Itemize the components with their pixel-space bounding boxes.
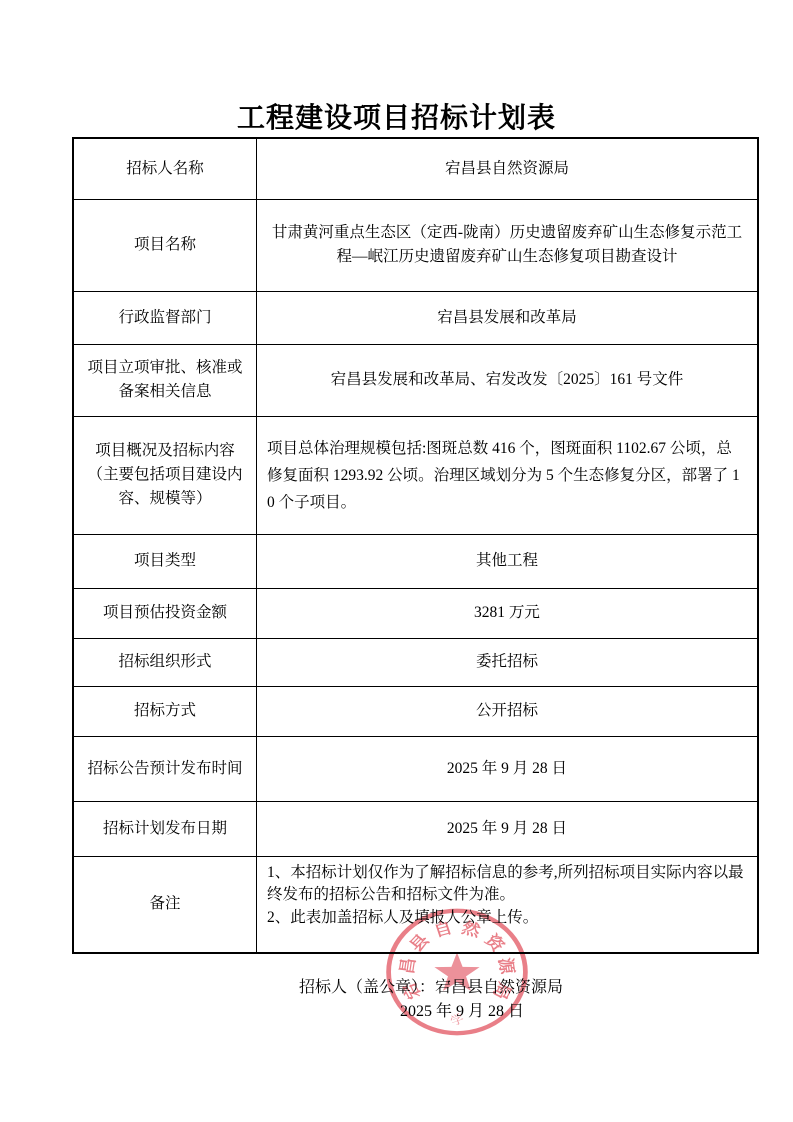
table-row: 项目名称 甘肃黄河重点生态区（定西-陇南）历史遗留废弃矿山生态修复示范工程—岷江…: [73, 199, 758, 291]
row-label: 行政监督部门: [73, 291, 257, 344]
row-label: 招标计划发布日期: [73, 801, 257, 856]
row-value: 3281 万元: [257, 588, 759, 638]
row-label: 项目立项审批、核准或备案相关信息: [73, 344, 257, 416]
row-value: 2025 年 9 月 28 日: [257, 736, 759, 801]
table-row: 招标人名称 宕昌县自然资源局: [73, 138, 758, 199]
row-value: 宕昌县发展和改革局: [257, 291, 759, 344]
row-value: 其他工程: [257, 534, 759, 588]
table-row: 招标方式 公开招标: [73, 686, 758, 736]
row-label: 项目名称: [73, 199, 257, 291]
table-row: 招标组织形式 委托招标: [73, 638, 758, 686]
table-row: 项目立项审批、核准或备案相关信息 宕昌县发展和改革局、宕发改发〔2025〕161…: [73, 344, 758, 416]
signature-date-line: 2025 年 9 月 28 日: [400, 998, 524, 1021]
table-row: 招标公告预计发布时间 2025 年 9 月 28 日: [73, 736, 758, 801]
signer-line: 招标人（盖公章）：宕昌县自然资源局: [299, 974, 563, 997]
row-label: 招标方式: [73, 686, 257, 736]
row-label: 招标组织形式: [73, 638, 257, 686]
table-row: 项目类型 其他工程: [73, 534, 758, 588]
bidding-plan-table: 招标人名称 宕昌县自然资源局 项目名称 甘肃黄河重点生态区（定西-陇南）历史遗留…: [72, 137, 759, 954]
table-row: 备注 1、本招标计划仅作为了解招标信息的参考,所列招标项目实际内容以最终发布的招…: [73, 856, 758, 953]
remark-line: 1、本招标计划仅作为了解招标信息的参考,所列招标项目实际内容以最终发布的招标公告…: [267, 862, 747, 907]
row-label: 项目预估投资金额: [73, 588, 257, 638]
seal-ring-char: 昌: [397, 957, 419, 975]
row-value: 2025 年 9 月 28 日: [257, 801, 759, 856]
document-page: 工程建设项目招标计划表 招标人名称 宕昌县自然资源局 项目名称 甘肃黄河重点生态…: [0, 0, 793, 1122]
document-title: 工程建设项目招标计划表: [0, 96, 793, 136]
remark-line: 2、此表加盖招标人及填报人公章上传。: [267, 907, 747, 930]
table-row: 项目概况及招标内容（主要包括项目建设内容、规模等） 项目总体治理规模包括:图斑总…: [73, 416, 758, 534]
row-value: 委托招标: [257, 638, 759, 686]
row-value: 宕昌县发展和改革局、宕发改发〔2025〕161 号文件: [257, 344, 759, 416]
row-value: 1、本招标计划仅作为了解招标信息的参考,所列招标项目实际内容以最终发布的招标公告…: [257, 856, 759, 953]
row-value: 甘肃黄河重点生态区（定西-陇南）历史遗留废弃矿山生态修复示范工程—岷江历史遗留废…: [257, 199, 759, 291]
row-label: 项目类型: [73, 534, 257, 588]
row-label: 项目概况及招标内容（主要包括项目建设内容、规模等）: [73, 416, 257, 534]
table-row: 行政监督部门 宕昌县发展和改革局: [73, 291, 758, 344]
row-label: 招标公告预计发布时间: [73, 736, 257, 801]
row-value: 项目总体治理规模包括:图斑总数 416 个，图斑面积 1102.67 公顷，总修…: [257, 416, 759, 534]
table-row: 项目预估投资金额 3281 万元: [73, 588, 758, 638]
table-row: 招标计划发布日期 2025 年 9 月 28 日: [73, 801, 758, 856]
row-label: 招标人名称: [73, 138, 257, 199]
row-value: 公开招标: [257, 686, 759, 736]
row-label: 备注: [73, 856, 257, 953]
row-value: 宕昌县自然资源局: [257, 138, 759, 199]
